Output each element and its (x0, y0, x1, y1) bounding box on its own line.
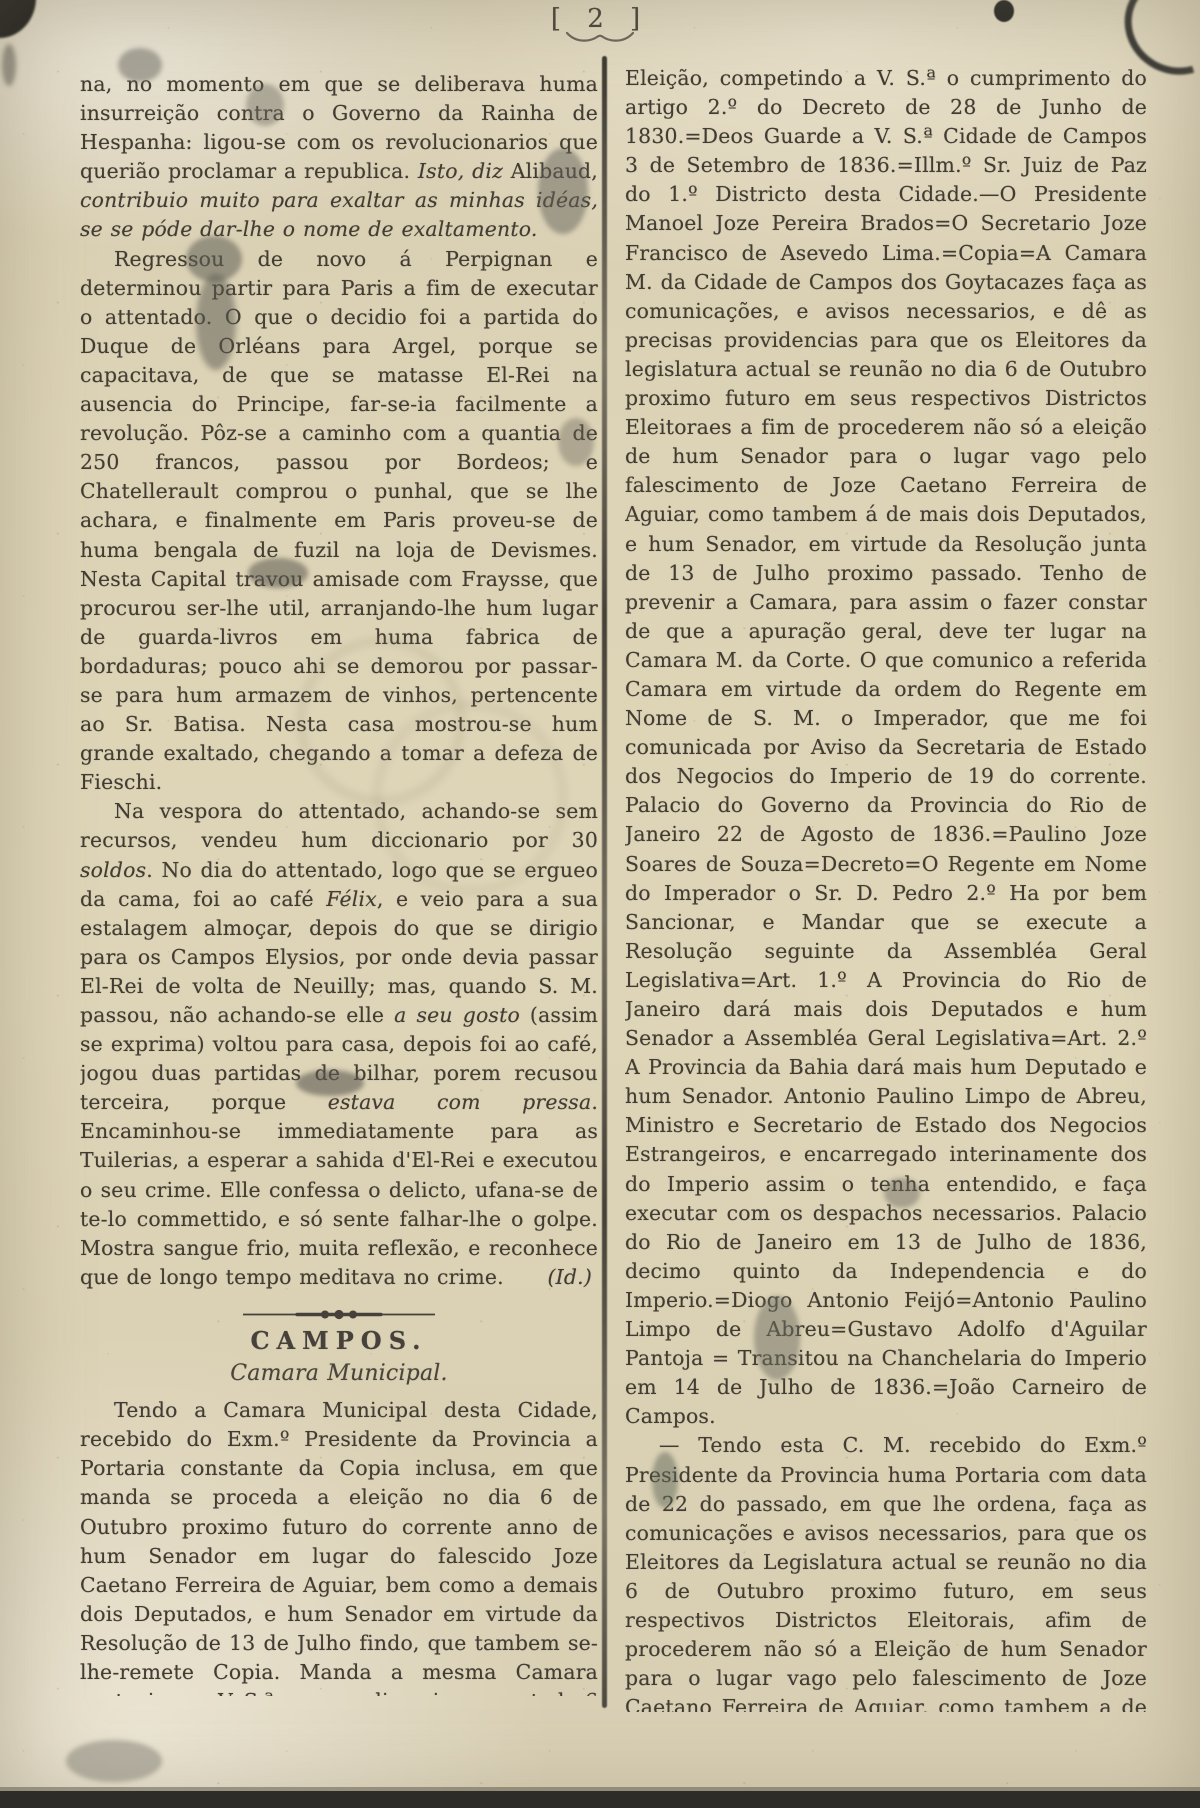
scan-edge-band (0, 1791, 1200, 1808)
edge-vignette (0, 0, 1200, 1808)
